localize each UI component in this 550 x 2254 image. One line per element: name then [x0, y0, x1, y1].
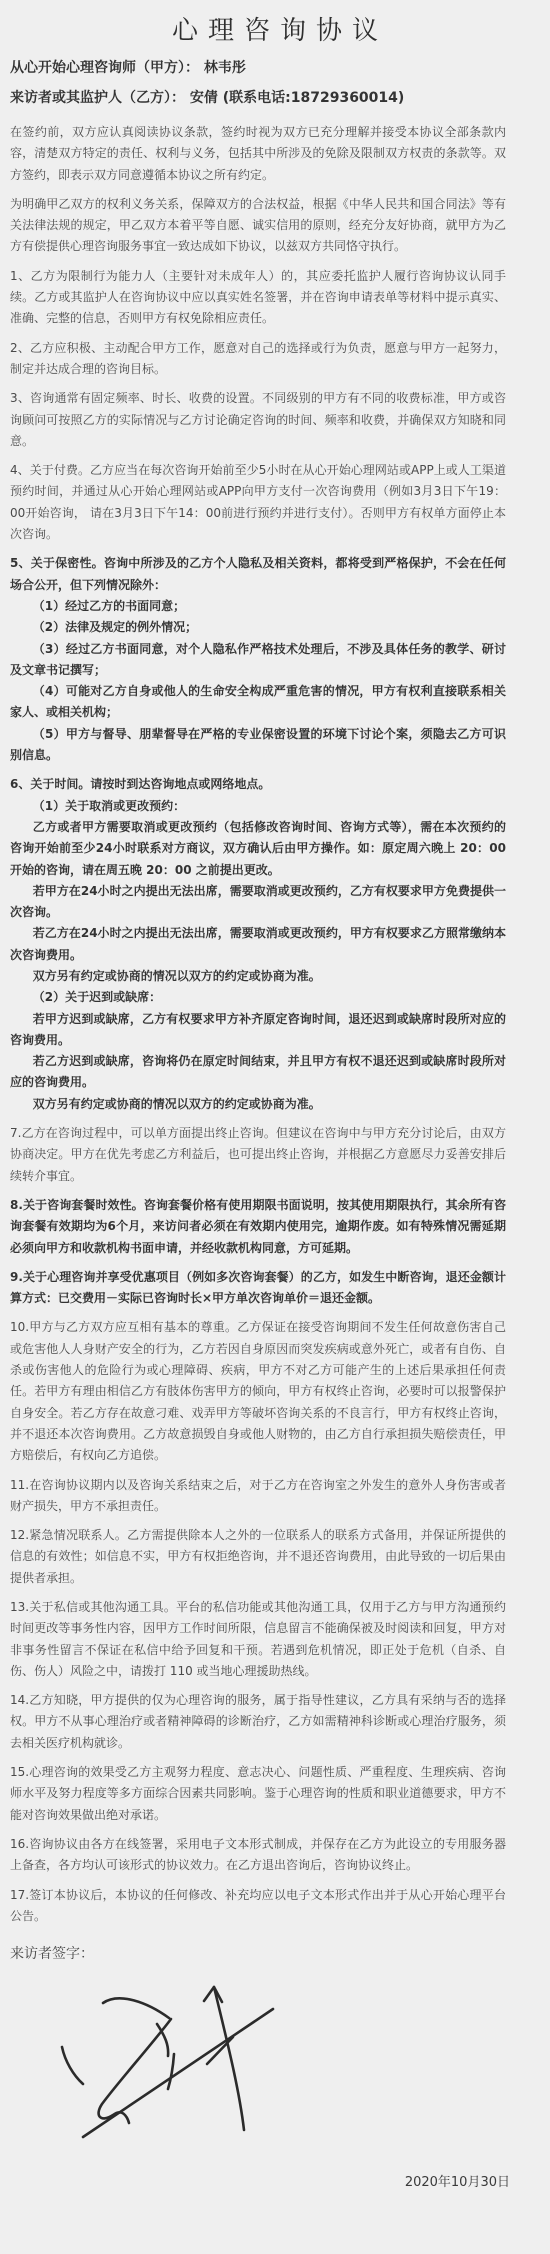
clause-paragraph: 若乙方在24小时之内提出无法出席，需要取消或更改预约，甲方有权要求乙方照常缴纳本…	[10, 923, 506, 966]
clause-paragraph: 15.心理咨询的效果受乙方主观努力程度、意志决心、问题性质、严重程度、生理疾病、…	[10, 1762, 506, 1826]
visitor-signature-label: 来访者签字：	[0, 1943, 550, 1963]
clause-paragraph: 10.甲方与乙方双方应互相有基本的尊重。乙方保证在接受咨询期间不发生任何故意伤害…	[10, 1317, 506, 1466]
clause-paragraph: 11.在咨询协议期内以及咨询关系结束之后，对于乙方在咨询室之外发生的意外人身伤害…	[10, 1475, 506, 1518]
clause-paragraph: （4）可能对乙方自身或他人的生命安全构成严重危害的情况，甲方有权利直接联系相关家…	[10, 681, 506, 724]
signature-stroke	[168, 2054, 174, 2089]
clause-paragraph: 9.关于心理咨询并享受优惠项目（例如多次咨询套餐）的乙方，如发生中断咨询，退还金…	[10, 1267, 506, 1310]
clause-paragraph: （2）法律及规定的例外情况；	[10, 617, 506, 638]
clause-paragraph: 4、关于付费。乙方应当在每次咨询开始前至少5小时在从心开始心理网站或APP上或人…	[10, 460, 506, 545]
clause-paragraph: 在签约前，双方应认真阅读协议条款，签约时视为双方已充分理解并接受本协议全部条款内…	[10, 122, 506, 186]
agreement-document: 心理咨询协议 从心开始心理咨询师（甲方）： 林韦彤 来访者或其监护人（乙方）： …	[0, 0, 550, 2254]
clause-paragraph: 5、关于保密性。咨询中所涉及的乙方个人隐私及相关资料，都将受到严格保护，不会在任…	[10, 553, 506, 596]
clause-paragraph: （1）关于取消或更改预约：	[10, 796, 506, 817]
clause-paragraph: 2、乙方应积极、主动配合甲方工作，愿意对自己的选择或行为负责，愿意与甲方一起努力…	[10, 338, 506, 381]
clause-paragraph: 8.关于咨询套餐时效性。咨询套餐价格有使用期限书面说明，按其使用期限执行，其余所…	[10, 1195, 506, 1259]
clause-paragraph: 双方另有约定或协商的情况以双方的约定或协商为准。	[10, 1094, 506, 1115]
clause-paragraph: 若甲方在24小时之内提出无法出席，需要取消或更改预约，乙方有权要求甲方免费提供一…	[10, 881, 506, 924]
clause-paragraph: 12.紧急情况联系人。乙方需提供除本人之外的一位联系人的联系方式备用，并保证所提…	[10, 1525, 506, 1589]
signature-stroke	[204, 1987, 222, 2002]
clause-paragraph: 若乙方迟到或缺席，咨询将仍在原定时间结束，并且甲方有权不退还迟到或缺席时段所对应…	[10, 1051, 506, 1094]
signature-stroke	[214, 1987, 244, 2130]
clause-paragraph: （1）经过乙方的书面同意；	[10, 596, 506, 617]
clause-paragraph: （5）甲方与督导、朋辈督导在严格的专业保密设置的环境下讨论个案，须隐去乙方可识别…	[10, 724, 506, 767]
signature-stroke	[62, 2047, 83, 2084]
clause-paragraph: 16.咨询协议由各方在线签署，采用电子文本形式制成，并保存在乙方为此设立的专用服…	[10, 1834, 506, 1877]
clause-paragraph: 1、乙方为限制行为能力人（主要针对未成年人）的，其应委托监护人履行咨询协议认同手…	[10, 266, 506, 330]
clause-paragraph: 为明确甲乙双方的权利义务关系，保障双方的合法权益，根据《中华人民共和国合同法》等…	[10, 194, 506, 258]
party-a-line: 从心开始心理咨询师（甲方）： 林韦彤	[0, 53, 550, 83]
clause-paragraph: 乙方或者甲方需要取消或更改预约（包括修改咨询时间、咨询方式等），需在本次预约的咨…	[10, 817, 506, 881]
clause-paragraph: 17.签订本协议后，本协议的任何修改、补充均应以电子文本形式作出并于从心开始心理…	[10, 1885, 506, 1928]
clauses: 在签约前，双方应认真阅读协议条款，签约时视为双方已充分理解并接受本协议全部条款内…	[0, 122, 550, 1927]
clause-paragraph: （3）经过乙方书面同意，对个人隐私作严格技术处理后，不涉及具体任务的教学、研讨及…	[10, 639, 506, 682]
signature-stroke	[99, 2019, 171, 2123]
clause-paragraph: 7.乙方在咨询过程中，可以单方面提出终止咨询。但建议在咨询中与甲方充分讨论后，由…	[10, 1123, 506, 1187]
signature-stroke	[103, 1999, 169, 2019]
signature-stroke	[83, 2009, 273, 2137]
clause-paragraph: 若甲方迟到或缺席，乙方有权要求甲方补齐原定咨询时间，退还迟到或缺席时段所对应的咨…	[10, 1009, 506, 1052]
page-title: 心理咨询协议	[0, 10, 550, 47]
clause-paragraph: 14.乙方知晓，甲方提供的仅为心理咨询的服务，属于指导性建议，乙方具有采纳与否的…	[10, 1690, 506, 1754]
clause-paragraph: 双方另有约定或协商的情况以双方的约定或协商为准。	[10, 966, 506, 987]
visitor-signature	[55, 1969, 295, 2141]
clause-paragraph: （2）关于迟到或缺席：	[10, 987, 506, 1008]
party-b-line: 来访者或其监护人（乙方）： 安倩 (联系电话:18729360014)	[0, 83, 550, 113]
clause-paragraph: 6、关于时间。请按时到达咨询地点或网络地点。	[10, 774, 506, 795]
clause-paragraph: 13.关于私信或其他沟通工具。平台的私信功能或其他沟通工具，仅用于乙方与甲方沟通…	[10, 1597, 506, 1682]
clause-paragraph: 3、咨询通常有固定频率、时长、收费的设置。不同级别的甲方有不同的收费标准，甲方或…	[10, 388, 506, 452]
signature-date: 2020年10月30日	[405, 2171, 510, 2190]
